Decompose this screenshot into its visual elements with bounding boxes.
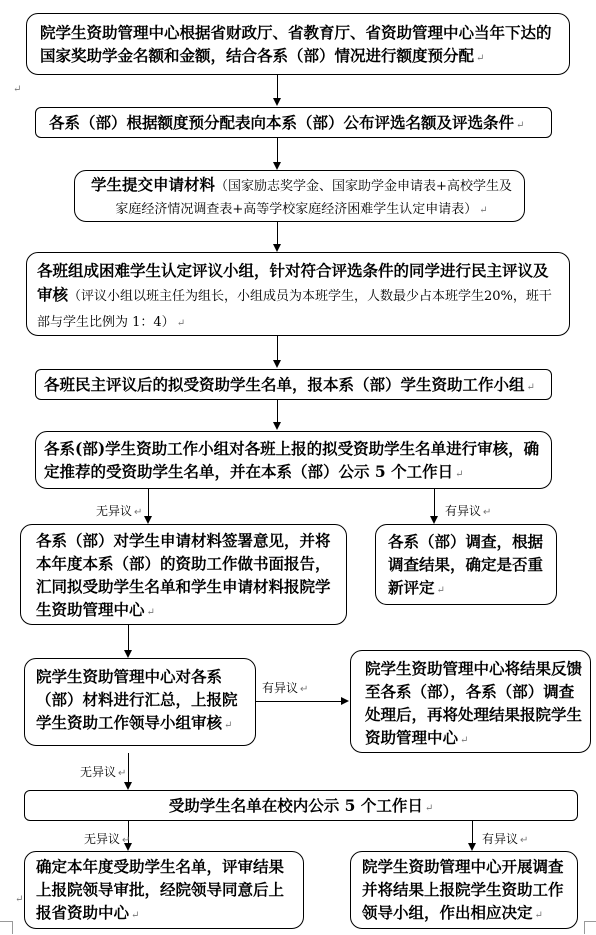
arrow-down-icon bbox=[273, 162, 281, 170]
step-3-title: 学生提交申请材料 bbox=[91, 175, 215, 194]
step-9-box: 院学生资助管理中心对各系（部）材料进行汇总，上报院学生资助工作领导小组审核↵ bbox=[24, 658, 256, 746]
objection-label: 有异议↵ bbox=[482, 830, 528, 847]
paragraph-mark: ↵ bbox=[131, 910, 139, 921]
arrow-down-icon bbox=[273, 244, 281, 252]
step-1-text: 院学生资助管理中心根据省财政厅、省教育厅、省资助管理中心当年下达的国家奖助学金名… bbox=[40, 23, 552, 65]
step-2-text: 各系（部）根据额度预分配表向本系（部）公布评选名额及评选条件 bbox=[49, 113, 514, 132]
step-2-box: 各系（部）根据额度预分配表向本系（部）公布评选名额及评选条件↵ bbox=[35, 107, 552, 138]
step-11-text: 受助学生名单在校内公示 5 个工作日 bbox=[169, 796, 423, 815]
paragraph-mark: ↵ bbox=[535, 910, 543, 921]
arrow-right-icon bbox=[341, 697, 349, 705]
objection-label: 有异议↵ bbox=[445, 502, 491, 519]
step-5-box: 各班民主评议后的拟受资助学生名单，报本系（部）学生资助工作小组↵ bbox=[35, 369, 552, 400]
paragraph-mark: ↵ bbox=[425, 803, 433, 814]
step-9-text: 院学生资助管理中心对各系（部）材料进行汇总，上报院学生资助工作领导小组审核 bbox=[36, 667, 238, 732]
paragraph-mark: ↵ bbox=[460, 735, 468, 746]
paragraph-mark: ↵ bbox=[455, 469, 463, 480]
step-10-text: 院学生资助管理中心将结果反馈至各系（部），各系（部）调查处理后，再将处理结果报院… bbox=[365, 659, 582, 747]
connector-line bbox=[277, 222, 278, 245]
arrow-down-icon bbox=[124, 782, 132, 790]
connector-line bbox=[277, 400, 278, 423]
step-5-text: 各班民主评议后的拟受资助学生名单，报本系（部）学生资助工作小组 bbox=[44, 375, 525, 394]
connector-line bbox=[128, 625, 129, 651]
paragraph-mark: ↵ bbox=[527, 382, 535, 393]
arrow-down-icon bbox=[273, 360, 281, 368]
step-8-box: 各系（部）调查，根据调查结果，确定是否重新评定↵ bbox=[375, 524, 557, 605]
connector-line bbox=[256, 701, 342, 702]
arrow-down-icon bbox=[430, 516, 438, 524]
arrow-down-icon bbox=[124, 650, 132, 658]
arrow-down-icon bbox=[144, 516, 152, 524]
no-objection-label: 无异议↵ bbox=[80, 763, 126, 780]
objection-label: 有异议↵ bbox=[262, 679, 308, 696]
step-10-box: 院学生资助管理中心将结果反馈至各系（部），各系（部）调查处理后，再将处理结果报院… bbox=[350, 650, 591, 753]
paragraph-mark: ↵ bbox=[479, 205, 487, 216]
connector-line bbox=[277, 75, 278, 99]
step-8-text: 各系（部）调查，根据调查结果，确定是否重新评定 bbox=[388, 532, 543, 597]
paragraph-mark: ↵ bbox=[147, 607, 155, 618]
connector-line bbox=[277, 336, 278, 361]
step-12-text: 确定本年度受助学生名单，评审结果上报院领导审批，经院领导同意后上报省资助中心 bbox=[36, 857, 284, 922]
connector-line bbox=[148, 489, 149, 517]
arrow-down-icon bbox=[273, 422, 281, 430]
connector-line bbox=[128, 753, 129, 783]
page-corner-mark bbox=[0, 921, 13, 934]
step-4-note: （评议小组以班主任为组长，小组成员为本班学生，人数最少占本班学生20%，班干部与… bbox=[37, 289, 552, 330]
no-objection-label: 无异议↵ bbox=[84, 830, 130, 847]
connector-line bbox=[434, 489, 435, 517]
step-13-box: 院学生资助管理中心开展调查并将结果上报院学生资助工作领导小组，作出相应决定↵ bbox=[350, 851, 578, 929]
paragraph-mark: ↵ bbox=[177, 318, 185, 329]
step-11-box: 受助学生名单在校内公示 5 个工作日↵ bbox=[24, 790, 578, 821]
step-6-text: 各系(部)学生资助工作小组对各班上报的拟受资助学生名单进行审核，确定推荐的受资助… bbox=[44, 439, 539, 481]
step-7-box: 各系（部）对学生申请材料签署意见，并将本年度本系（部）的资助工作做书面报告，汇同… bbox=[20, 524, 347, 625]
step-13-text: 院学生资助管理中心开展调查并将结果上报院学生资助工作领导小组，作出相应决定 bbox=[362, 857, 564, 922]
arrow-down-icon bbox=[468, 843, 476, 851]
step-7-text: 各系（部）对学生申请材料签署意见，并将本年度本系（部）的资助工作做书面报告，汇同… bbox=[36, 531, 331, 619]
paragraph-mark: ↵ bbox=[15, 894, 23, 905]
paragraph-mark: ↵ bbox=[476, 53, 484, 64]
paragraph-mark: ↵ bbox=[437, 585, 445, 596]
no-objection-label: 无异议↵ bbox=[96, 502, 142, 519]
step-3-box: 学生提交申请材料（国家励志奖学金、国家助学金申请表+高校学生及家庭经济情况调查表… bbox=[74, 170, 525, 222]
step-4-box: 各班组成困难学生认定评议小组，针对符合评选条件的同学进行民主评议及审核（评议小组… bbox=[26, 252, 570, 336]
step-1-box: 院学生资助管理中心根据省财政厅、省教育厅、省资助管理中心当年下达的国家奖助学金名… bbox=[26, 13, 570, 75]
step-6-box: 各系(部)学生资助工作小组对各班上报的拟受资助学生名单进行审核，确定推荐的受资助… bbox=[35, 431, 552, 489]
connector-line bbox=[472, 821, 473, 844]
paragraph-mark: ↵ bbox=[224, 720, 232, 731]
paragraph-mark: ↵ bbox=[516, 120, 524, 131]
connector-line bbox=[277, 138, 278, 163]
paragraph-mark: ↵ bbox=[13, 84, 21, 95]
arrow-down-icon bbox=[273, 98, 281, 106]
page-corner-mark bbox=[584, 921, 596, 934]
step-12-box: 确定本年度受助学生名单，评审结果上报院领导审批，经院领导同意后上报省资助中心↵ bbox=[24, 851, 304, 929]
